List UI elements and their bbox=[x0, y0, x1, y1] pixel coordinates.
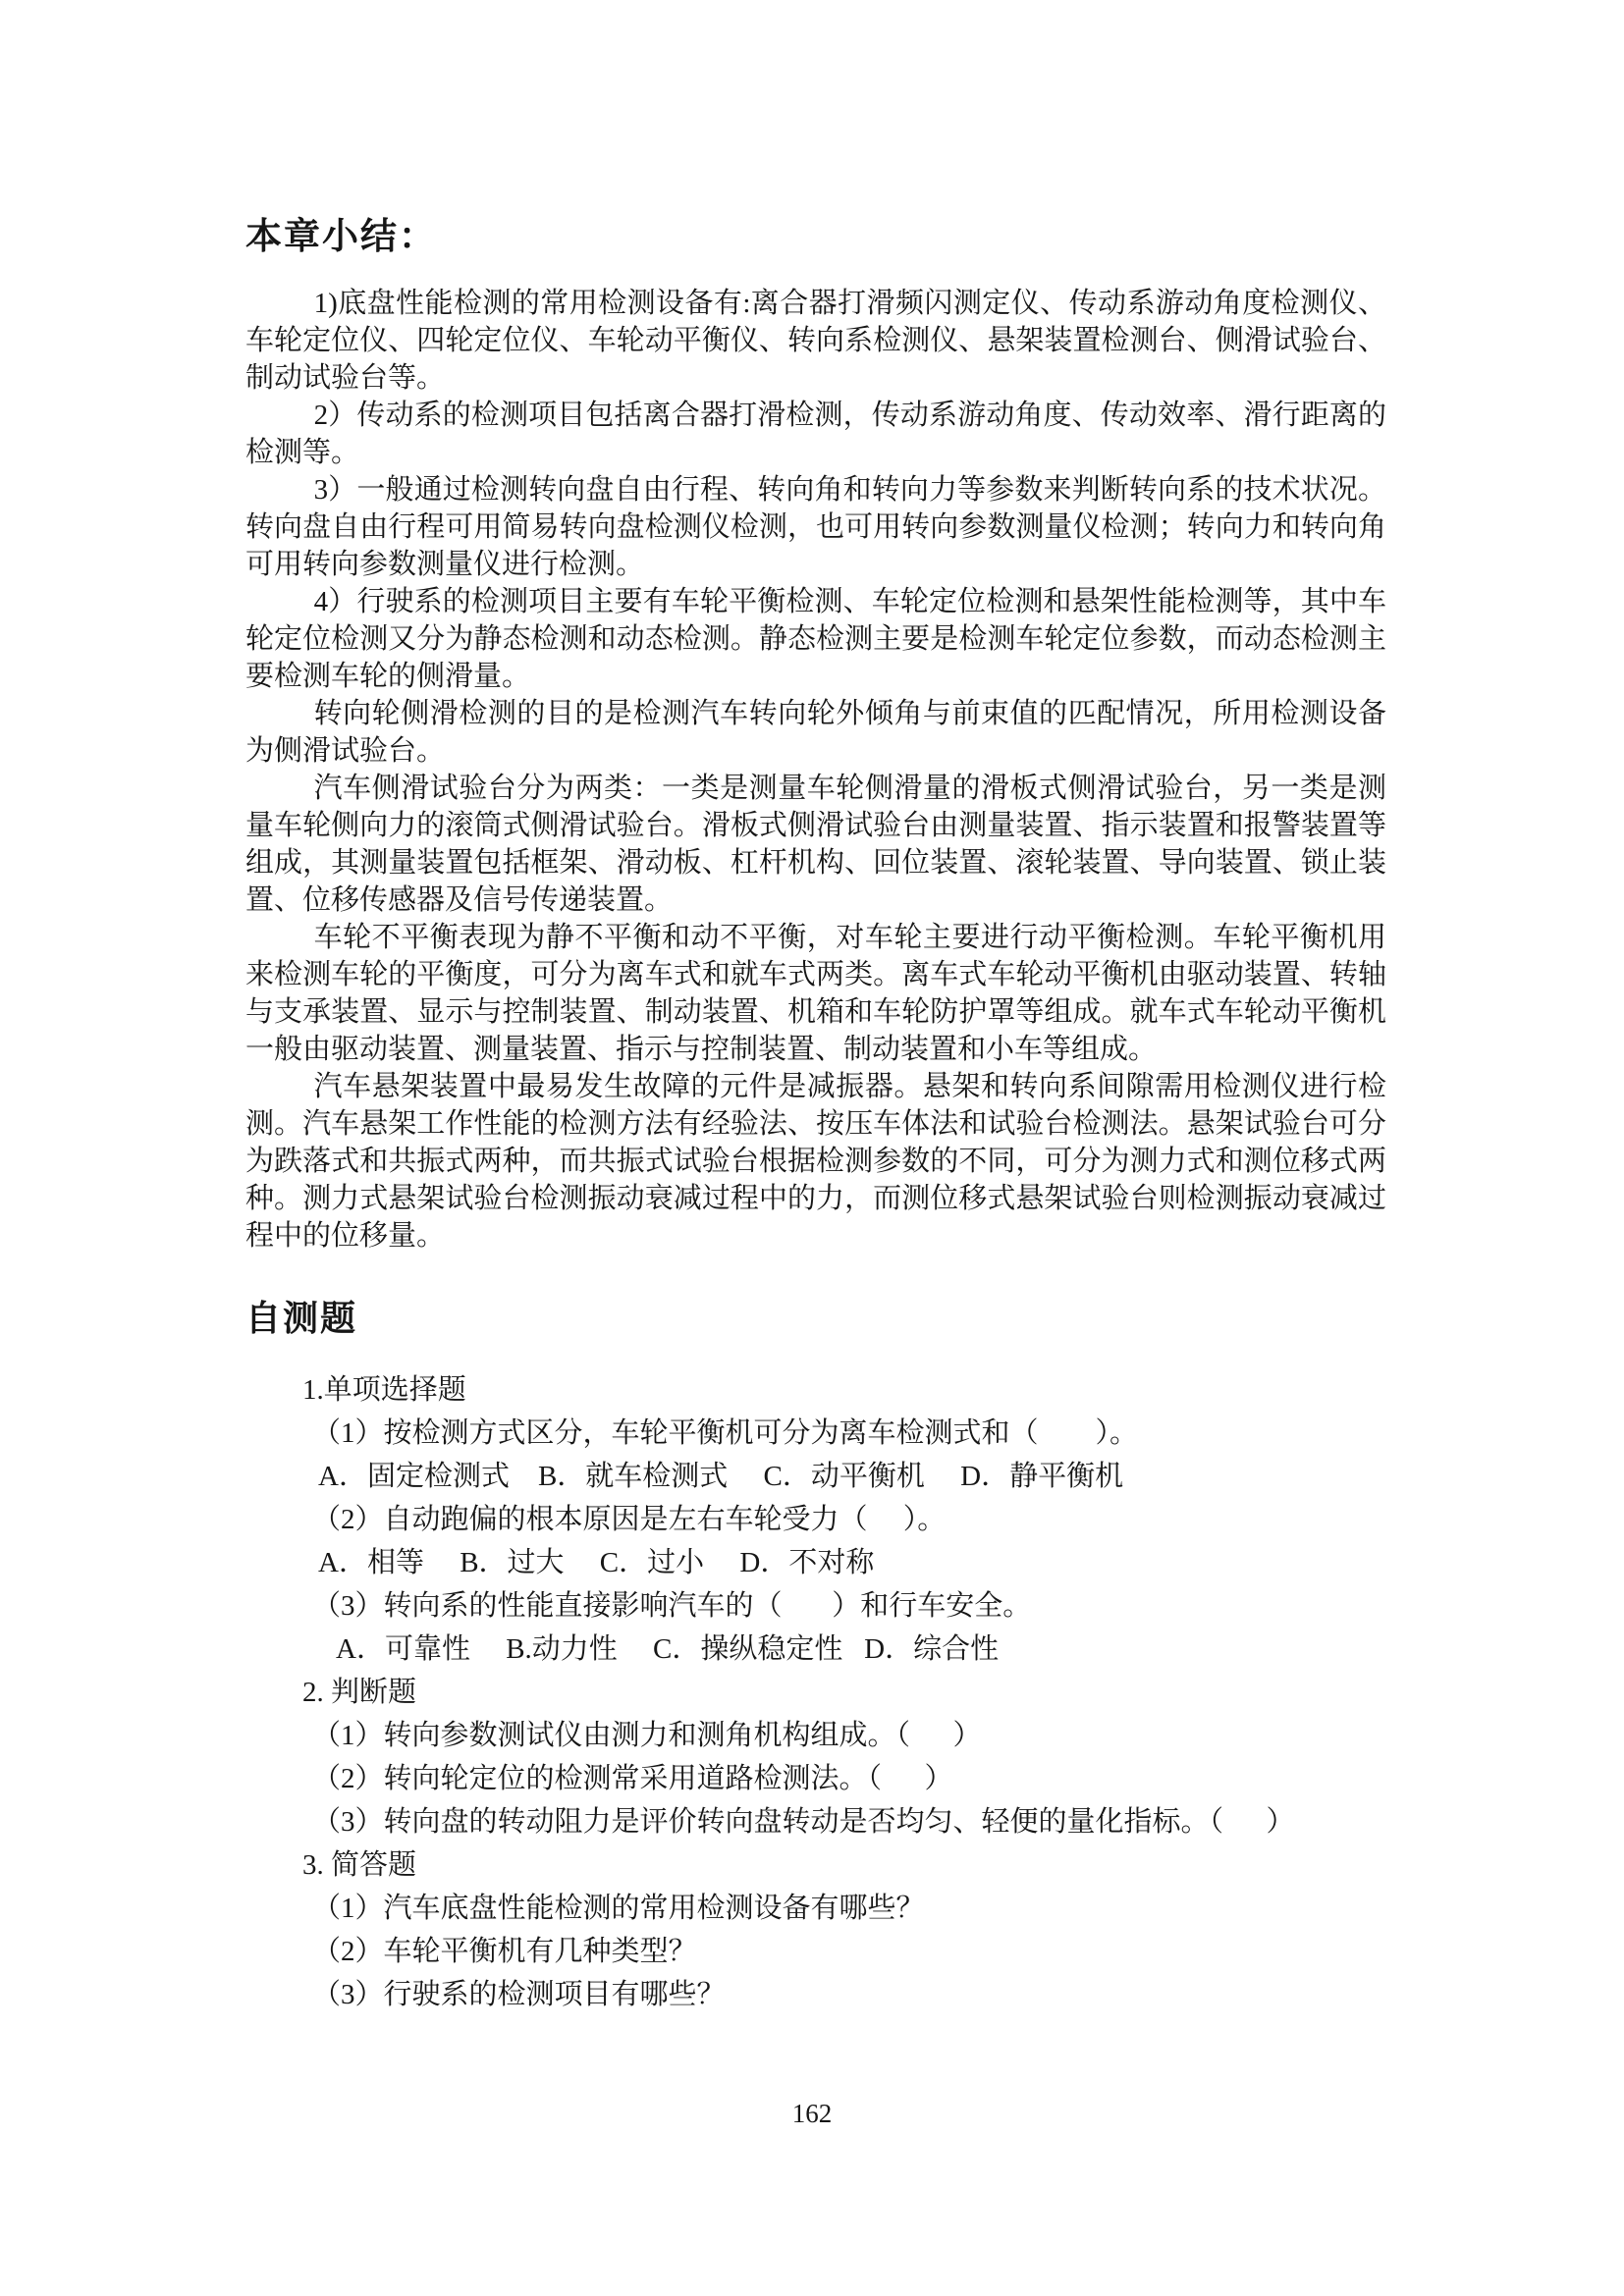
summary-paragraph: 汽车侧滑试验台分为两类：一类是测量车轮侧滑量的滑板式侧滑试验台，另一类是测量车轮… bbox=[245, 770, 1386, 919]
quiz-line: A．相等 B．过大 C．过小 D．不对称 bbox=[245, 1541, 1386, 1584]
quiz-line: （2）自动跑偏的根本原因是左右车轮受力（ ）。 bbox=[245, 1498, 1386, 1541]
summary-paragraph: 2）传动系的检测项目包括离合器打滑检测，传动系游动角度、传动效率、滑行距离的检测… bbox=[245, 397, 1386, 471]
quiz-line: 1.单项选择题 bbox=[245, 1368, 1386, 1412]
summary-paragraph: 4）行驶系的检测项目主要有车轮平衡检测、车轮定位检测和悬架性能检测等，其中车轮定… bbox=[245, 583, 1386, 695]
quiz-line: （2）转向轮定位的检测常采用道路检测法。（ ） bbox=[245, 1757, 1386, 1800]
summary-paragraph: 车轮不平衡表现为静不平衡和动不平衡，对车轮主要进行动平衡检测。车轮平衡机用来检测… bbox=[245, 919, 1386, 1068]
quiz-line: （1）按检测方式区分，车轮平衡机可分为离车检测式和（ ）。 bbox=[245, 1412, 1386, 1455]
quiz-line: 2. 判断题 bbox=[245, 1671, 1386, 1714]
quiz-line: （3）行驶系的检测项目有哪些？ bbox=[245, 1973, 1386, 2016]
summary-paragraph: 汽车悬架装置中最易发生故障的元件是减振器。悬架和转向系间隙需用检测仪进行检测。汽… bbox=[245, 1068, 1386, 1255]
summary-heading: 本章小结： bbox=[245, 218, 1386, 257]
summary-section: 1)底盘性能检测的常用检测设备有:离合器打滑频闪测定仪、传动系游动角度检测仪、车… bbox=[245, 285, 1386, 1255]
document-page: 本章小结： 1)底盘性能检测的常用检测设备有:离合器打滑频闪测定仪、传动系游动角… bbox=[0, 0, 1624, 2296]
quiz-line: （3）转向系的性能直接影响汽车的（ ）和行车安全。 bbox=[245, 1584, 1386, 1628]
summary-paragraph: 1)底盘性能检测的常用检测设备有:离合器打滑频闪测定仪、传动系游动角度检测仪、车… bbox=[245, 285, 1386, 397]
quiz-line: （1）转向参数测试仪由测力和测角机构组成。（ ） bbox=[245, 1714, 1386, 1757]
quiz-section: 1.单项选择题 （1）按检测方式区分，车轮平衡机可分为离车检测式和（ ）。 A．… bbox=[245, 1368, 1386, 2016]
quiz-line: 3. 简答题 bbox=[245, 1843, 1386, 1887]
page-content: 本章小结： 1)底盘性能检测的常用检测设备有:离合器打滑频闪测定仪、传动系游动角… bbox=[245, 0, 1386, 2016]
quiz-line: （3）转向盘的转动阻力是评价转向盘转动是否均匀、轻便的量化指标。（ ） bbox=[245, 1800, 1386, 1843]
page-number: 162 bbox=[0, 2099, 1624, 2128]
summary-paragraph: 3）一般通过检测转向盘自由行程、转向角和转向力等参数来判断转向系的技术状况。转向… bbox=[245, 471, 1386, 583]
quiz-line: A．可靠性 B.动力性 C．操纵稳定性 D．综合性 bbox=[245, 1628, 1386, 1671]
quiz-line: A．固定检测式 B．就车检测式 C．动平衡机 D．静平衡机 bbox=[245, 1455, 1386, 1498]
quiz-line: （2）车轮平衡机有几种类型？ bbox=[245, 1930, 1386, 1973]
quiz-heading: 自测题 bbox=[245, 1300, 1386, 1337]
quiz-line: （1）汽车底盘性能检测的常用检测设备有哪些？ bbox=[245, 1887, 1386, 1930]
summary-paragraph: 转向轮侧滑检测的目的是检测汽车转向轮外倾角与前束值的匹配情况，所用检测设备为侧滑… bbox=[245, 695, 1386, 770]
